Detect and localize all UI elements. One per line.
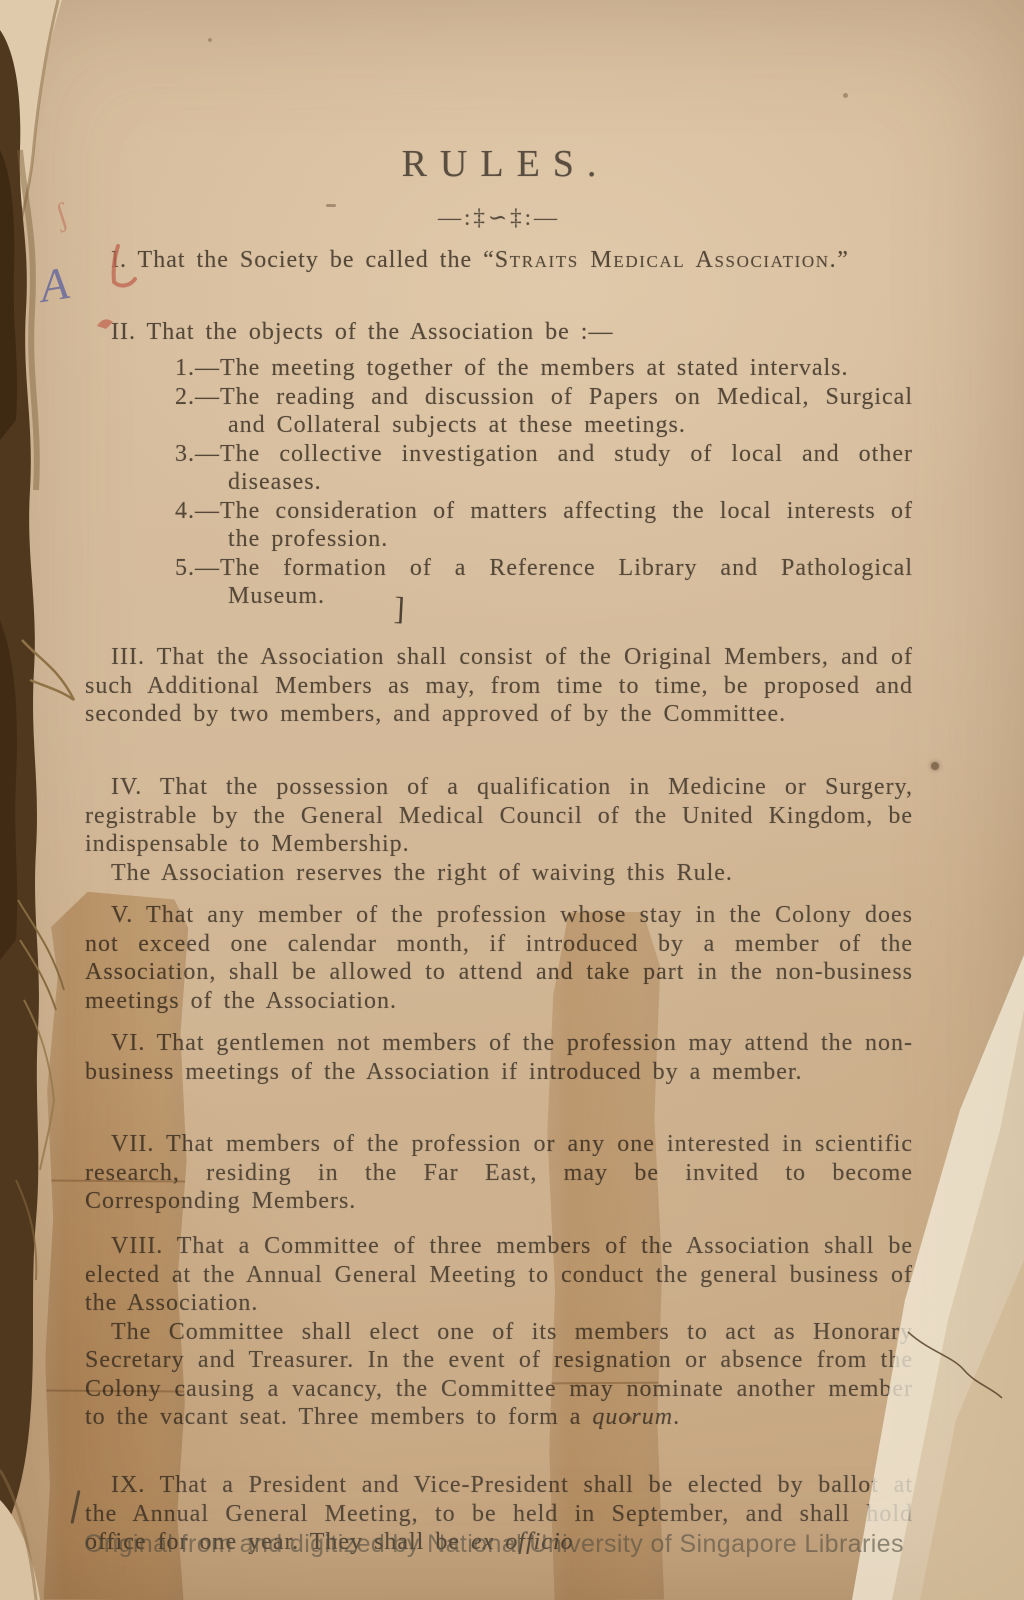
list-item: 2.—The reading and discussion of Papers … <box>85 383 913 439</box>
objects-list: 1.—The meeting together of the members a… <box>85 354 913 611</box>
paper-crack <box>908 1332 1002 1398</box>
tape-seam <box>45 1390 185 1393</box>
tape-strip-left <box>44 892 189 1600</box>
list-item: 4.—The consideration of matters affectin… <box>85 497 913 553</box>
red-pencil-bracket <box>104 244 138 290</box>
rule-3: III. That the Association shall consist … <box>85 643 913 729</box>
ink-bracket-mark: ] <box>393 590 406 628</box>
rule-4-block: IV. That the possession of a qualificati… <box>85 773 913 887</box>
paper-speck <box>843 93 848 98</box>
page-title: RULES. <box>85 150 913 179</box>
list-item: 5.—The formation of a Reference Library … <box>85 554 913 610</box>
rule-6: VI. That gentlemen not members of the pr… <box>85 1029 913 1086</box>
association-name: Straits Medical Association.” <box>495 247 850 273</box>
red-pencil-tick <box>95 314 119 334</box>
red-pencil-squiggle: ʃ <box>51 195 73 233</box>
paper-speck <box>326 204 336 207</box>
library-watermark: Original from and digitized by National … <box>84 1530 964 1559</box>
title-ornament-icon: —:‡∽‡:— <box>85 204 913 233</box>
paper-speck <box>208 38 212 42</box>
list-item: 1.—The meeting together of the members a… <box>85 354 913 382</box>
rule-7: VII. That members of the profession or a… <box>85 1130 913 1216</box>
rule-4-note: The Association reserves the right of wa… <box>85 859 913 888</box>
tape-seam <box>46 1180 186 1183</box>
rule-1-text: I. That the Society be called the “ <box>111 247 495 273</box>
rule-5: V. That any member of the profession who… <box>85 901 913 1015</box>
rule-8-block: VIII. That a Committee of three members … <box>85 1232 913 1432</box>
tape-strip-middle <box>546 912 664 1600</box>
paper-speck <box>931 762 939 770</box>
list-item: 3.—The collective investigation and stud… <box>85 440 913 496</box>
scanned-document-page: RULES. —:‡∽‡:— I. That the Society be ca… <box>0 0 1024 1600</box>
rule-8: VIII. That a Committee of three members … <box>85 1232 913 1318</box>
tape-seam <box>549 1382 663 1385</box>
rule-4: IV. That the possession of a qualificati… <box>85 773 913 859</box>
rule-2: II. That the objects of the Association … <box>85 318 913 347</box>
loose-thread <box>22 640 74 700</box>
rule-8-committee-end: . <box>673 1404 680 1430</box>
rule-8-committee-text: The Committee shall elect one of its mem… <box>85 1319 913 1431</box>
blue-pencil-mark: A <box>36 256 72 313</box>
rule-1: I. That the Society be called the “Strai… <box>85 246 913 275</box>
rule-8-committee: The Committee shall elect one of its mem… <box>85 1318 913 1432</box>
